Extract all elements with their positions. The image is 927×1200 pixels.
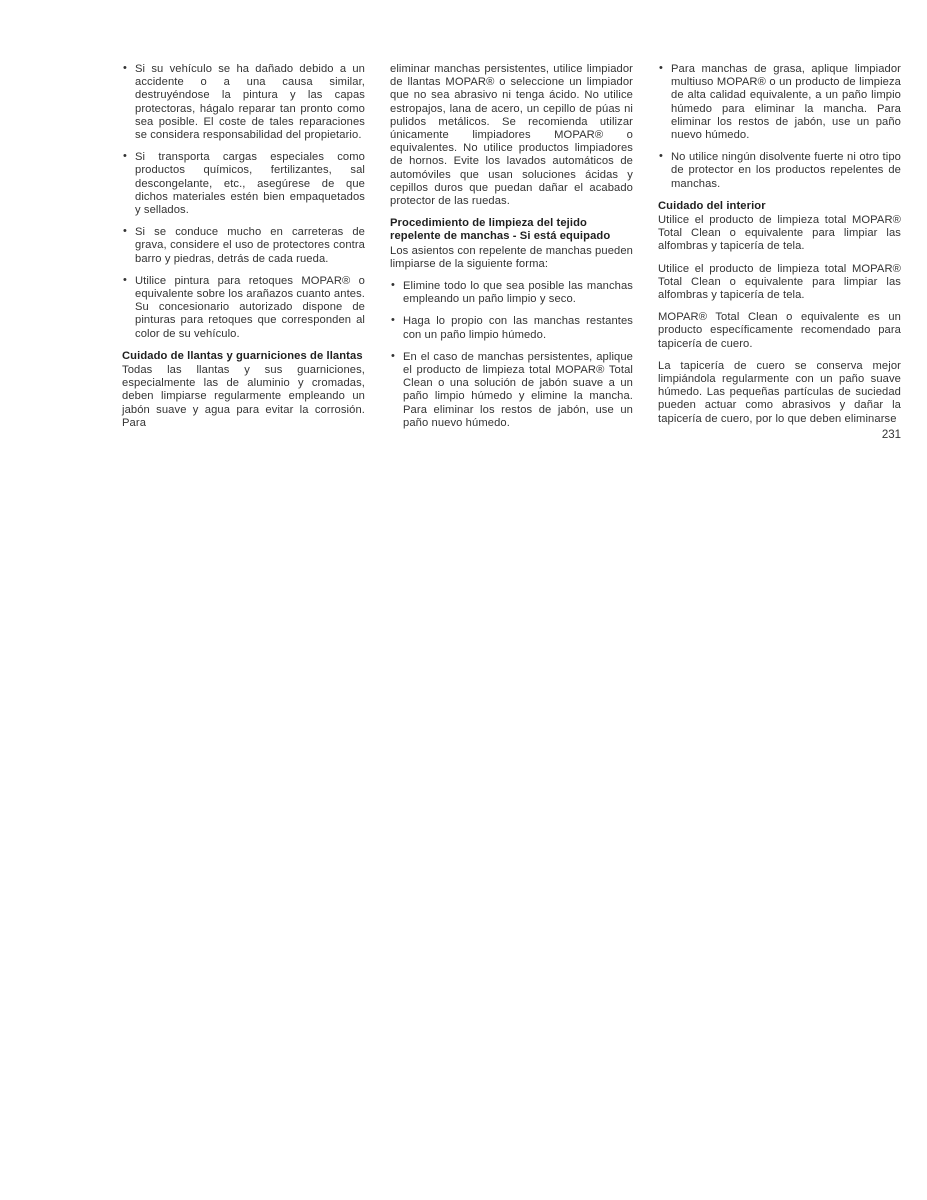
bullet-icon: •: [659, 150, 663, 163]
page-content: •Si su vehículo se ha dañado debido a un…: [122, 63, 901, 439]
column-1: •Si su vehículo se ha dañado debido a un…: [122, 63, 365, 439]
bullet-item: •No utilice ningún disolvente fuerte ni …: [658, 151, 901, 191]
bullet-item: •Si su vehículo se ha dañado debido a un…: [122, 63, 365, 142]
bullet-icon: •: [391, 279, 395, 292]
paragraph: eliminar manchas persistentes, utilice l…: [390, 63, 633, 208]
bullet-text: Elimine todo lo que sea posible las manc…: [403, 280, 633, 305]
bullet-item: •Para manchas de grasa, aplique limpiado…: [658, 63, 901, 142]
bullet-text: No utilice ningún disolvente fuerte ni o…: [671, 151, 901, 189]
bullet-icon: •: [123, 150, 127, 163]
section-heading: Cuidado de llantas y guarniciones de lla…: [122, 350, 365, 363]
paragraph: Utilice el producto de limpieza total MO…: [658, 263, 901, 303]
bullet-item: •Haga lo propio con las manchas restante…: [390, 315, 633, 341]
manual-page: •Si su vehículo se ha dañado debido a un…: [0, 0, 927, 1200]
paragraph: Los asientos con repelente de manchas pu…: [390, 245, 633, 271]
bullet-icon: •: [123, 62, 127, 75]
bullet-text: Si su vehículo se ha dañado debido a un …: [135, 63, 365, 141]
bullet-icon: •: [123, 274, 127, 287]
bullet-icon: •: [391, 350, 395, 363]
bullet-text: Utilice pintura para retoques MOPAR® o e…: [135, 275, 365, 340]
bullet-item: •Elimine todo lo que sea posible las man…: [390, 280, 633, 306]
bullet-item: •En el caso de manchas persistentes, apl…: [390, 351, 633, 430]
paragraph: La tapicería de cuero se conserva mejor …: [658, 360, 901, 426]
column-2: eliminar manchas persistentes, utilice l…: [390, 63, 633, 439]
bullet-item: •Utilice pintura para retoques MOPAR® o …: [122, 275, 365, 341]
bullet-item: •Si transporta cargas especiales como pr…: [122, 151, 365, 217]
paragraph: Utilice el producto de limpieza total MO…: [658, 214, 901, 254]
section-heading: Cuidado del interior: [658, 200, 901, 213]
bullet-icon: •: [123, 225, 127, 238]
page-number: 231: [122, 429, 901, 441]
bullet-text: Si transporta cargas especiales como pro…: [135, 151, 365, 216]
section-heading: Procedimiento de limpieza del tejido rep…: [390, 217, 633, 243]
bullet-icon: •: [391, 314, 395, 327]
bullet-text: Haga lo propio con las manchas restantes…: [403, 315, 633, 340]
bullet-text: Si se conduce mucho en carreteras de gra…: [135, 226, 365, 264]
paragraph: MOPAR® Total Clean o equivalente es un p…: [658, 311, 901, 351]
bullet-text: Para manchas de grasa, aplique limpiador…: [671, 63, 901, 141]
bullet-item: •Si se conduce mucho en carreteras de gr…: [122, 226, 365, 266]
column-3: •Para manchas de grasa, aplique limpiado…: [658, 63, 901, 439]
bullet-text: En el caso de manchas persistentes, apli…: [403, 351, 633, 429]
paragraph: Todas las llantas y sus guarniciones, es…: [122, 364, 365, 430]
bullet-icon: •: [659, 62, 663, 75]
